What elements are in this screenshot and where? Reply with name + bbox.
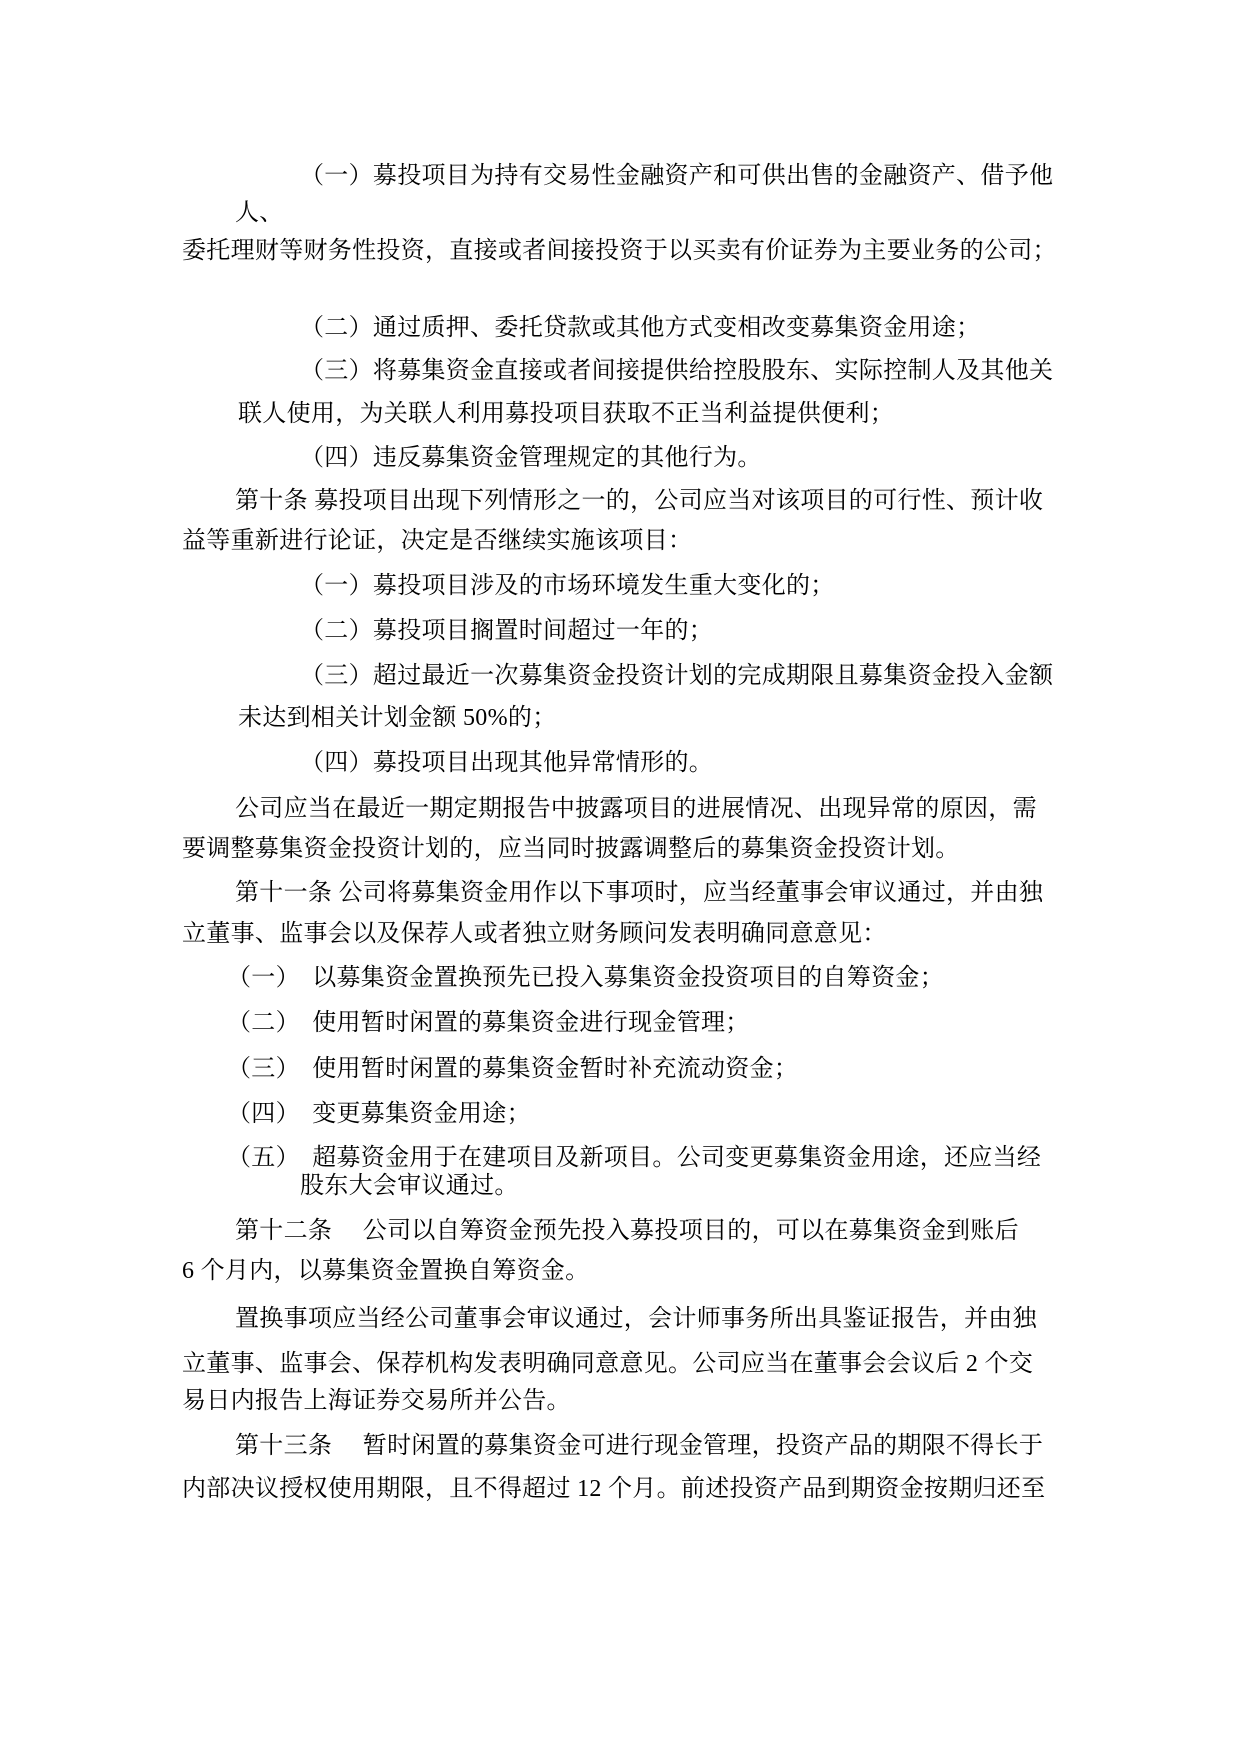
text-line: 易日内报告上海证券交易所并公告。	[182, 1388, 571, 1414]
text-line: 公司应当在最近一期定期报告中披露项目的进展情况、出现异常的原因，需	[235, 796, 1037, 822]
document-body: （一）募投项目为持有交易性金融资产和可供出售的金融资产、借予他人、委托理财等财务…	[0, 0, 1240, 1754]
text-line: 第十二条 公司以自筹资金预先投入募投项目的，可以在募集资金到账后	[235, 1218, 1019, 1244]
text-line: （三）超过最近一次募集资金投资计划的完成期限且募集资金投入金额	[300, 663, 1053, 689]
text-line: 第十三条 暂时闲置的募集资金可进行现金管理，投资产品的期限不得长于	[235, 1433, 1043, 1459]
text-line: 股东大会审议通过。	[300, 1173, 519, 1199]
text-line: 6 个月内，以募集资金置换自筹资金。	[182, 1258, 589, 1284]
text-line: 益等重新进行论证，决定是否继续实施该项目：	[182, 528, 692, 554]
text-line: （三）将募集资金直接或者间接提供给控股股东、实际控制人及其他关	[300, 358, 1053, 384]
text-line: 置换事项应当经公司董事会审议通过，会计师事务所出具鉴证报告，并由独	[235, 1306, 1037, 1332]
text-line: 委托理财等财务性投资，直接或者间接投资于以买卖有价证券为主要业务的公司；	[182, 238, 1057, 264]
text-line: 内部决议授权使用期限，且不得超过 12 个月。前述投资产品到期资金按期归还至	[182, 1476, 1045, 1502]
text-line: （二）募投项目搁置时间超过一年的；	[300, 618, 713, 644]
text-line: 联人使用，为关联人利用募投项目获取不正当利益提供便利；	[238, 401, 894, 427]
text-line: （四）违反募集资金管理规定的其他行为。	[300, 445, 762, 471]
text-line: （二）通过质押、委托贷款或其他方式变相改变募集资金用途；	[300, 315, 980, 341]
text-line: （四） 变更募集资金用途；	[227, 1101, 531, 1127]
text-line: （二） 使用暂时闲置的募集资金进行现金管理；	[227, 1010, 750, 1036]
document-page: （一）募投项目为持有交易性金融资产和可供出售的金融资产、借予他人、委托理财等财务…	[0, 0, 1240, 1754]
text-line: （一） 以募集资金置换预先已投入募集资金投资项目的自筹资金；	[227, 965, 944, 991]
text-line: （三） 使用暂时闲置的募集资金暂时补充流动资金；	[227, 1056, 798, 1082]
text-line: 立董事、监事会、保荐机构发表明确同意意见。公司应当在董事会会议后 2 个交	[182, 1351, 1033, 1377]
text-line: 第十条 募投项目出现下列情形之一的，公司应当对该项目的可行性、预计收	[235, 488, 1043, 514]
text-line: （一）募投项目为持有交易性金融资产和可供出售的金融资产、借予他	[300, 163, 1053, 189]
text-line: 立董事、监事会以及保荐人或者独立财务顾问发表明确同意意见：	[182, 921, 887, 947]
text-line: 人、	[235, 200, 284, 226]
text-line: （五） 超募资金用于在建项目及新项目。公司变更募集资金用途，还应当经	[227, 1145, 1041, 1171]
text-line: （四）募投项目出现其他异常情形的。	[300, 750, 713, 776]
text-line: 要调整募集资金投资计划的，应当同时披露调整后的募集资金投资计划。	[182, 836, 960, 862]
text-line: 第十一条 公司将募集资金用作以下事项时，应当经董事会审议通过，并由独	[235, 880, 1043, 906]
text-line: （一）募投项目涉及的市场环境发生重大变化的；	[300, 573, 835, 599]
text-line: 未达到相关计划金额 50%的；	[238, 705, 557, 731]
